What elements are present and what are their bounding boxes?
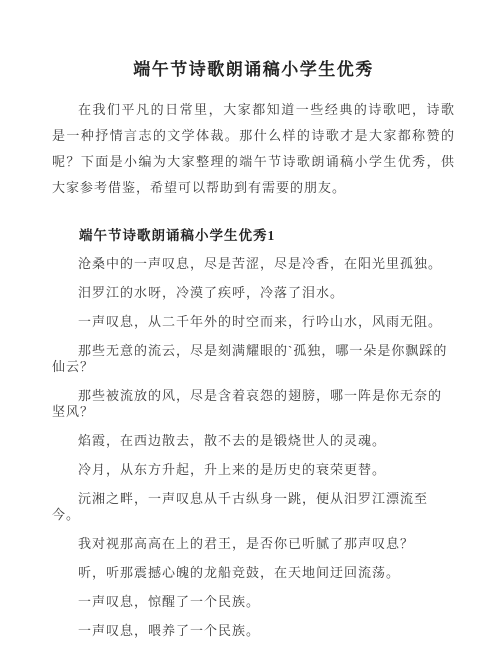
poem-line: 一声叹息，从二千年外的时空而来，行吟山水，风雨无阻。 <box>52 314 455 330</box>
poem-line: 我对视那高高在上的君王，是否你已听腻了那声叹息？ <box>52 536 455 552</box>
intro-paragraph: 在我们平凡的日常里，大家都知道一些经典的诗歌吧，诗歌是一种抒情言志的文学体裁。那… <box>52 97 455 201</box>
poem-line: 沅湘之畔，一声叹息从千古纵身一跳，便从汨罗江漂流至今。 <box>52 491 455 523</box>
poem-line: 汨罗江的水呀，冷漠了疾呼，冷落了泪水。 <box>52 285 455 301</box>
document-page: 端午节诗歌朗诵稿小学生优秀 在我们平凡的日常里，大家都知道一些经典的诗歌吧，诗歌… <box>0 0 500 647</box>
poem-line: 听，听那震撼心魄的龙船竞鼓，在天地间迂回流荡。 <box>52 565 455 581</box>
poem-line: 冷月，从东方升起，升上来的是历史的衰荣更替。 <box>52 462 455 478</box>
poem-line: 一声叹息，惊醒了一个民族。 <box>52 594 455 610</box>
poem-line: 焰霞，在西边散去，散不去的是锻烧世人的灵魂。 <box>52 433 455 449</box>
poem-body: 沧桑中的一声叹息，尽是苦涩，尽是冷香，在阳光里孤独。汨罗江的水呀，冷漠了疾呼，冷… <box>52 256 455 639</box>
poem-line: 那些被流放的风，尽是含着哀怨的翅膀，哪一阵是你无奈的坚风？ <box>52 388 455 420</box>
poem-line: 沧桑中的一声叹息，尽是苦涩，尽是冷香，在阳光里孤独。 <box>52 256 455 272</box>
poem-line: 一声叹息，喂养了一个民族。 <box>52 623 455 639</box>
section-heading: 端午节诗歌朗诵稿小学生优秀1 <box>52 228 455 244</box>
document-title: 端午节诗歌朗诵稿小学生优秀 <box>52 58 455 82</box>
poem-line: 那些无意的流云，尽是刻满耀眼的`孤独，哪一朵是你飘踩的仙云？ <box>52 343 455 375</box>
